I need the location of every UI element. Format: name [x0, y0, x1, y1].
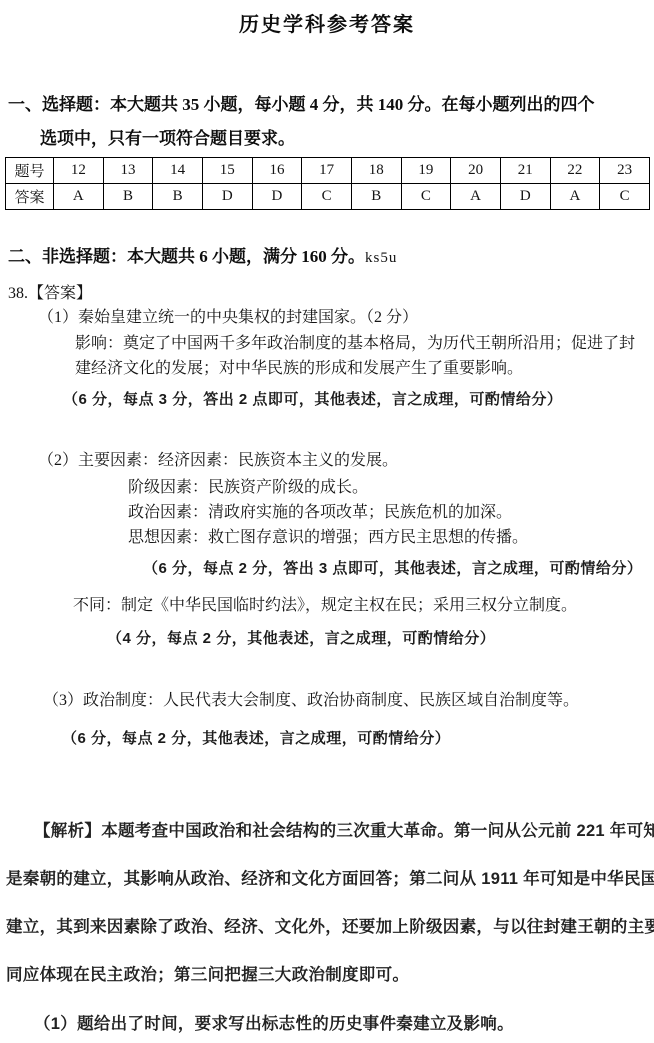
- answer-cell: C: [302, 184, 352, 210]
- q38-part2-line3: 政治因素：清政府实施的各项改革；民族危机的加深。: [128, 502, 512, 524]
- q38-analysis-line1: 【解析】本题考查中国政治和社会结构的三次重大革命。第一问从公元前 221 年可知: [34, 820, 654, 842]
- question-number-cell: 19: [401, 158, 451, 184]
- question-number-cell: 15: [202, 158, 252, 184]
- question38-label: 38.【答案】: [8, 283, 92, 305]
- question-number-cell: 23: [600, 158, 650, 184]
- q38-part1-line3: 建经济文化的发展；对中华民族的形成和发展产生了重要影响。: [75, 358, 523, 380]
- question-number-cell: 17: [302, 158, 352, 184]
- q38-part3-scoring-note: （6 分，每点 2 分，其他表述，言之成理，可酌情给分）: [62, 728, 450, 750]
- answer-cell: B: [153, 184, 203, 210]
- q38-part1-line2: 影响：奠定了中国两千多年政治制度的基本格局，为历代王朝所沿用；促进了封: [75, 333, 635, 355]
- answer-cell: A: [54, 184, 104, 210]
- question-number-cell: 20: [451, 158, 501, 184]
- question-number-cell: 13: [103, 158, 153, 184]
- q38-part2-scoring-note2: （4 分，每点 2 分，其他表述，言之成理，可酌情给分）: [107, 628, 495, 650]
- q38-part2-difference: 不同：制定《中华民国临时约法》，规定主权在民；采用三权分立制度。: [73, 595, 577, 617]
- q38-analysis-line5: （1）题给出了时间，要求写出标志性的历史事件秦建立及影响。: [34, 1013, 514, 1035]
- table-header-question-number: 题号: [6, 158, 54, 184]
- page-title: 历史学科参考答案: [0, 8, 654, 37]
- q38-part2-line2: 阶级因素：民族资产阶级的成长。: [128, 477, 368, 499]
- q38-part1-scoring-note: （6 分，每点 3 分，答出 2 点即可，其他表述，言之成理，可酌情给分）: [63, 389, 562, 411]
- question-number-cell: 22: [550, 158, 600, 184]
- q38-analysis-line3: 建立，其到来因素除了政治、经济、文化外，还要加上阶级因素，与以往封建王朝的主要不: [6, 916, 654, 938]
- answer-cell: D: [252, 184, 302, 210]
- question-number-cell: 21: [500, 158, 550, 184]
- answer-cell: C: [600, 184, 650, 210]
- question-number-cell: 18: [351, 158, 401, 184]
- q38-part2-line4: 思想因素：救亡图存意识的增强；西方民主思想的传播。: [128, 527, 528, 549]
- question-number-cell: 12: [54, 158, 104, 184]
- answer-cell: D: [202, 184, 252, 210]
- answer-cell: A: [451, 184, 501, 210]
- answer-cell: B: [103, 184, 153, 210]
- section1-heading-line1: 一、选择题：本大题共 35 小题，每小题 4 分，共 140 分。在每小题列出的…: [8, 94, 595, 116]
- table-row-question-numbers: 题号 12 13 14 15 16 17 18 19 20 21 22 23: [6, 158, 650, 184]
- answer-cell: C: [401, 184, 451, 210]
- q38-part2-scoring-note1: （6 分，每点 2 分，答出 3 点即可，其他表述，言之成理，可酌情给分）: [143, 558, 642, 580]
- q38-part1-line1: （1）秦始皇建立统一的中央集权的封建国家。（2 分）: [38, 307, 418, 329]
- section1-heading-line2: 选项中，只有一项符合题目要求。: [40, 128, 295, 150]
- answer-cell: B: [351, 184, 401, 210]
- q38-analysis-line2: 是秦朝的建立，其影响从政治、经济和文化方面回答；第二问从 1911 年可知是中华…: [6, 868, 654, 890]
- question-number-cell: 14: [153, 158, 203, 184]
- q38-analysis-line4: 同应体现在民主政治；第三问把握三大政治制度即可。: [6, 964, 409, 986]
- question-number-cell: 16: [252, 158, 302, 184]
- multiple-choice-answer-table: 题号 12 13 14 15 16 17 18 19 20 21 22 23 答…: [5, 157, 650, 210]
- q38-part3-line1: （3）政治制度：人民代表大会制度、政治协商制度、民族区域自治制度等。: [43, 690, 579, 712]
- table-row-answers: 答案 A B B D D C B C A D A C: [6, 184, 650, 210]
- answer-cell: D: [500, 184, 550, 210]
- watermark-text: ks5u: [365, 250, 397, 266]
- q38-part2-line1: （2）主要因素：经济因素：民族资本主义的发展。: [38, 450, 398, 472]
- table-header-answer: 答案: [6, 184, 54, 210]
- section2-heading-row: 二、非选择题：本大题共 6 小题，满分 160 分。ks5u: [8, 246, 397, 269]
- section2-heading: 二、非选择题：本大题共 6 小题，满分 160 分。: [8, 247, 365, 266]
- answer-key-document: 历史学科参考答案 一、选择题：本大题共 35 小题，每小题 4 分，共 140 …: [0, 0, 654, 1043]
- answer-cell: A: [550, 184, 600, 210]
